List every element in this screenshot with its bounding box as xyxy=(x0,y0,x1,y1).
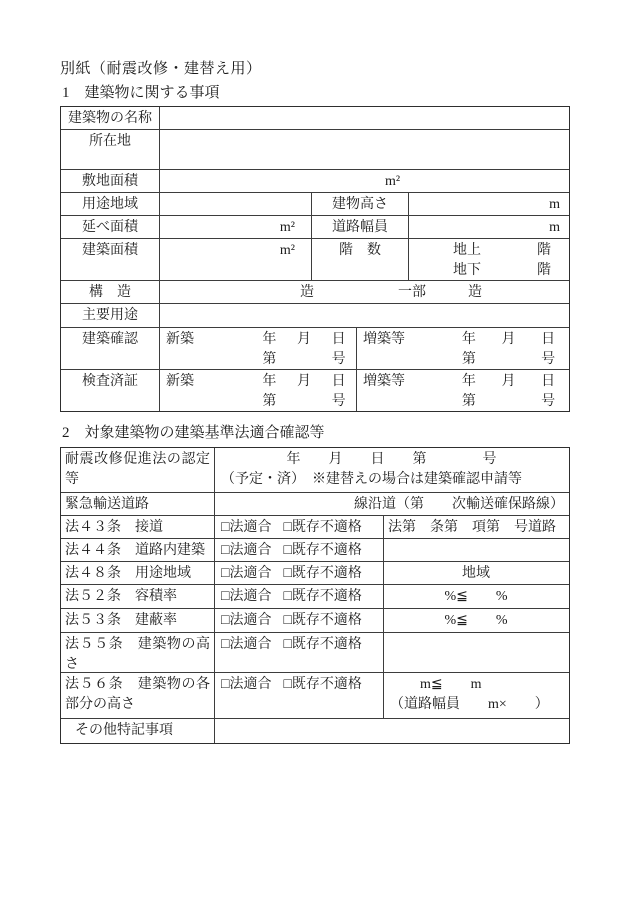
site-area-unit: m² xyxy=(159,170,568,192)
article56-label: 法５６条 建築物の各部分の高さ xyxy=(61,673,214,718)
building-info-table: 建築物の名称 所在地 敷地面積 m² 用途地域 建物高さ m 延べ面積 m² 道… xyxy=(60,106,570,412)
year-label: 年 xyxy=(449,372,489,392)
blank-cell xyxy=(357,350,449,369)
code-compliance-table: 耐震改修促進法の認定等 年 月 日 第 号 （予定・済） ※建替えの場合は建築確… xyxy=(60,447,570,744)
checkbox-existing-nonconforming[interactable]: □既存不適格 xyxy=(283,520,361,535)
building-height-label: 建物高さ xyxy=(311,193,408,215)
floors-label: 階 数 xyxy=(311,239,408,280)
number-prefix-label: 第 xyxy=(449,392,489,411)
row-zone-height: 用途地域 建物高さ m xyxy=(61,192,569,215)
number-prefix-label: 第 xyxy=(252,392,287,411)
building-area-unit: m² xyxy=(159,239,311,280)
article56-value: m≦ m （道路幅員 m× ） xyxy=(383,673,568,718)
section2-title: 2 対象建築物の建築基準法適合確認等 xyxy=(62,421,325,442)
certification-label: 耐震改修促進法の認定等 xyxy=(61,448,214,492)
article56-checkboxes: □法適合□既存不適格 xyxy=(214,673,383,718)
article53-label: 法５３条 建蔽率 xyxy=(61,609,214,632)
article52-checkboxes: □法適合□既存不適格 xyxy=(214,585,383,608)
article53-checkboxes: □法適合□既存不適格 xyxy=(214,609,383,632)
floors-below: 地下 階 xyxy=(453,261,562,280)
blank-cell xyxy=(489,350,529,369)
row-building-confirmation: 建築確認 新築 年 月 日 第 号 増築等 年 月 日 xyxy=(61,327,569,369)
checkbox-existing-nonconforming[interactable]: □既存不適格 xyxy=(283,637,361,652)
article43-checkboxes: □法適合□既存不適格 xyxy=(214,516,383,538)
row-address: 所在地 xyxy=(61,129,569,169)
year-label: 年 xyxy=(252,372,287,392)
other-notes-value xyxy=(214,719,568,743)
year-label: 年 xyxy=(449,330,489,350)
blank-cell xyxy=(489,392,529,411)
section1-title: 1 建築物に関する事項 xyxy=(62,81,220,102)
article52-label: 法５２条 容積率 xyxy=(61,585,214,608)
inspection-extension-label: 増築等 xyxy=(357,372,449,392)
structure-label: 構 造 xyxy=(61,281,159,303)
certification-note: （予定・済） ※建替えの場合は建築確認申請等 xyxy=(221,470,562,490)
article56-road-width-formula: （道路幅員 m× ） xyxy=(390,695,562,715)
article53-value: %≦ % xyxy=(383,609,568,632)
row-article52: 法５２条 容積率 □法適合□既存不適格 %≦ % xyxy=(61,584,569,608)
month-label: 月 xyxy=(287,330,322,350)
row-article53: 法５３条 建蔽率 □法適合□既存不適格 %≦ % xyxy=(61,608,569,632)
confirmation-new-cell: 新築 年 月 日 第 号 xyxy=(159,328,356,369)
article44-checkboxes: □法適合□既存不適格 xyxy=(214,539,383,561)
article56-height-limit: m≦ m xyxy=(390,675,562,695)
certification-date: 年 月 日 第 号 xyxy=(221,450,562,470)
checkbox-law-compliant[interactable]: □法適合 xyxy=(221,520,271,535)
row-main-use: 主要用途 xyxy=(61,303,569,327)
article44-value xyxy=(383,539,568,561)
checkbox-existing-nonconforming[interactable]: □既存不適格 xyxy=(283,589,361,604)
row-article48: 法４８条 用途地域 □法適合□既存不適格 地域 xyxy=(61,561,569,584)
building-area-label: 建築面積 xyxy=(61,239,159,280)
row-building-area-floors: 建築面積 m² 階 数 地上 階 地下 階 xyxy=(61,238,569,280)
total-floor-area-unit: m² xyxy=(159,216,311,238)
building-height-unit: m xyxy=(408,193,568,215)
zone-value xyxy=(159,193,311,215)
row-certification: 耐震改修促進法の認定等 年 月 日 第 号 （予定・済） ※建替えの場合は建築確… xyxy=(61,448,569,492)
row-site-area: 敷地面積 m² xyxy=(61,169,569,192)
article48-checkboxes: □法適合□既存不適格 xyxy=(214,562,383,584)
day-label: 日 xyxy=(321,372,356,392)
article43-label: 法４３条 接道 xyxy=(61,516,214,538)
day-label: 日 xyxy=(528,330,568,350)
checkbox-existing-nonconforming[interactable]: □既存不適格 xyxy=(283,613,361,628)
row-article56: 法５６条 建築物の各部分の高さ □法適合□既存不適格 m≦ m （道路幅員 m×… xyxy=(61,672,569,718)
building-name-value xyxy=(159,107,568,129)
road-width-unit: m xyxy=(408,216,568,238)
number-prefix-label: 第 xyxy=(449,350,489,369)
confirmation-new-label: 新築 xyxy=(160,330,252,350)
blank-cell xyxy=(287,392,322,411)
inspection-new-cell: 新築 年 月 日 第 号 xyxy=(159,370,356,411)
row-floor-area-road: 延べ面積 m² 道路幅員 m xyxy=(61,215,569,238)
total-floor-area-label: 延べ面積 xyxy=(61,216,159,238)
checkbox-law-compliant[interactable]: □法適合 xyxy=(221,613,271,628)
site-area-label: 敷地面積 xyxy=(61,170,159,192)
article43-value: 法第 条第 項第 号道路 xyxy=(383,516,568,538)
row-article55: 法５５条 建築物の高さ □法適合□既存不適格 xyxy=(61,632,569,672)
row-article44: 法４４条 道路内建築 □法適合□既存不適格 xyxy=(61,538,569,561)
blank-cell xyxy=(287,350,322,369)
blank-cell xyxy=(160,392,252,411)
row-article43: 法４３条 接道 □法適合□既存不適格 法第 条第 項第 号道路 xyxy=(61,515,569,538)
checkbox-existing-nonconforming[interactable]: □既存不適格 xyxy=(283,566,361,581)
checkbox-law-compliant[interactable]: □法適合 xyxy=(221,637,271,652)
floors-value: 地上 階 地下 階 xyxy=(408,239,568,280)
floors-above: 地上 階 xyxy=(453,241,562,261)
inspection-extension-cell: 増築等 年 月 日 第 号 xyxy=(356,370,568,411)
address-label: 所在地 xyxy=(61,130,159,169)
zone-label: 用途地域 xyxy=(61,193,159,215)
checkbox-law-compliant[interactable]: □法適合 xyxy=(221,543,271,558)
day-label: 日 xyxy=(321,330,356,350)
other-notes-label: その他特記事項 xyxy=(61,719,214,743)
row-building-name: 建築物の名称 xyxy=(61,107,569,129)
inspection-new-label: 新築 xyxy=(160,372,252,392)
number-suffix-label: 号 xyxy=(528,350,568,369)
document-page: 別紙（耐震改修・建替え用） 1 建築物に関する事項 建築物の名称 所在地 敷地面… xyxy=(0,0,630,903)
building-name-label: 建築物の名称 xyxy=(61,107,159,129)
main-use-value xyxy=(159,304,568,327)
number-suffix-label: 号 xyxy=(528,392,568,411)
certification-value: 年 月 日 第 号 （予定・済） ※建替えの場合は建築確認申請等 xyxy=(214,448,568,492)
article48-label: 法４８条 用途地域 xyxy=(61,562,214,584)
month-label: 月 xyxy=(287,372,322,392)
checkbox-law-compliant[interactable]: □法適合 xyxy=(221,589,271,604)
confirmation-extension-cell: 増築等 年 月 日 第 号 xyxy=(356,328,568,369)
checkbox-law-compliant[interactable]: □法適合 xyxy=(221,677,271,692)
number-suffix-label: 号 xyxy=(321,350,356,369)
article55-checkboxes: □法適合□既存不適格 xyxy=(214,633,383,672)
confirmation-label: 建築確認 xyxy=(61,328,159,369)
checkbox-existing-nonconforming[interactable]: □既存不適格 xyxy=(283,677,361,692)
month-label: 月 xyxy=(489,372,529,392)
emergency-road-label: 緊急輸送道路 xyxy=(61,493,214,515)
article55-label: 法５５条 建築物の高さ xyxy=(61,633,214,672)
year-label: 年 xyxy=(252,330,287,350)
row-inspection-certificate: 検査済証 新築 年 月 日 第 号 増築等 年 月 日 xyxy=(61,369,569,411)
confirmation-extension-label: 増築等 xyxy=(357,330,449,350)
number-suffix-label: 号 xyxy=(321,392,356,411)
row-other-notes: その他特記事項 xyxy=(61,718,569,743)
article48-value: 地域 xyxy=(383,562,568,584)
blank-cell xyxy=(357,392,449,411)
month-label: 月 xyxy=(489,330,529,350)
row-emergency-road: 緊急輸送道路 線沿道（第 次輸送確保路線） xyxy=(61,492,569,515)
inspection-label: 検査済証 xyxy=(61,370,159,411)
attachment-note: 別紙（耐震改修・建替え用） xyxy=(60,57,262,78)
article55-value xyxy=(383,633,568,672)
blank-cell xyxy=(160,350,252,369)
road-width-label: 道路幅員 xyxy=(311,216,408,238)
checkbox-law-compliant[interactable]: □法適合 xyxy=(221,566,271,581)
checkbox-existing-nonconforming[interactable]: □既存不適格 xyxy=(283,543,361,558)
article44-label: 法４４条 道路内建築 xyxy=(61,539,214,561)
row-structure: 構 造 造 一部 造 xyxy=(61,280,569,303)
main-use-label: 主要用途 xyxy=(61,304,159,327)
number-prefix-label: 第 xyxy=(252,350,287,369)
emergency-road-value: 線沿道（第 次輸送確保路線） xyxy=(214,493,568,515)
article52-value: %≦ % xyxy=(383,585,568,608)
day-label: 日 xyxy=(528,372,568,392)
structure-value: 造 一部 造 xyxy=(159,281,568,303)
address-value xyxy=(159,130,568,169)
